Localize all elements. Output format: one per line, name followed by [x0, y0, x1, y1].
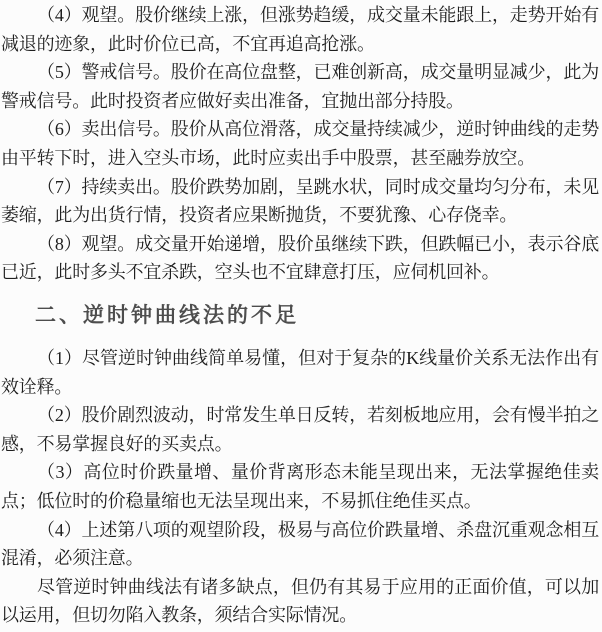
paragraph-stage-6-sell-signal: （6）卖出信号。股价从高位滑落，成交量持续减少，逆时钟曲线的走势由平转下时，进入… [1, 115, 599, 172]
paragraph-shortcoming-2: （2）股价剧烈波动，时常发生单日反转，若刻板地应用，会有慢半拍之感，不易掌握良好… [1, 401, 599, 458]
paragraph-shortcoming-3: （3）高位时价跌量增、量价背离形态未能呈现出来，无法掌握绝佳卖点；低位时的价稳量… [1, 458, 599, 515]
paragraph-conclusion: 尽管逆时钟曲线法有诸多缺点，但仍有其易于应用的正面价值，可以加以运用，但切勿陷入… [1, 573, 599, 630]
paragraph-stage-7-continue-selling: （7）持续卖出。股价跌势加剧，呈跳水状，同时成交量均匀分布，未见萎缩，此为出货行… [1, 173, 599, 230]
paragraph-stage-8-wait: （8）观望。成交量开始递增，股价虽继续下跌，但跌幅已小，表示谷底已近，此时多头不… [1, 230, 599, 287]
paragraph-shortcoming-1: （1）尽管逆时钟曲线简单易懂，但对于复杂的K线量价关系无法作出有效诠释。 [1, 344, 599, 401]
section-heading-shortcomings: 二、逆时钟曲线法的不足 [1, 302, 599, 330]
paragraph-stage-5-alert-signal: （5）警戒信号。股价在高位盘整，已难创新高，成交量明显减少，此为警戒信号。此时投… [1, 58, 599, 115]
book-page: （4）观望。股价继续上涨，但涨势趋缓，成交量未能跟上，走势开始有减退的迹象，此时… [0, 0, 602, 632]
paragraph-stage-4-wait: （4）观望。股价继续上涨，但涨势趋缓，成交量未能跟上，走势开始有减退的迹象，此时… [1, 1, 599, 58]
paragraph-shortcoming-4: （4）上述第八项的观望阶段，极易与高位价跌量增、杀盘沉重观念相互混淆，必须注意。 [1, 516, 599, 573]
